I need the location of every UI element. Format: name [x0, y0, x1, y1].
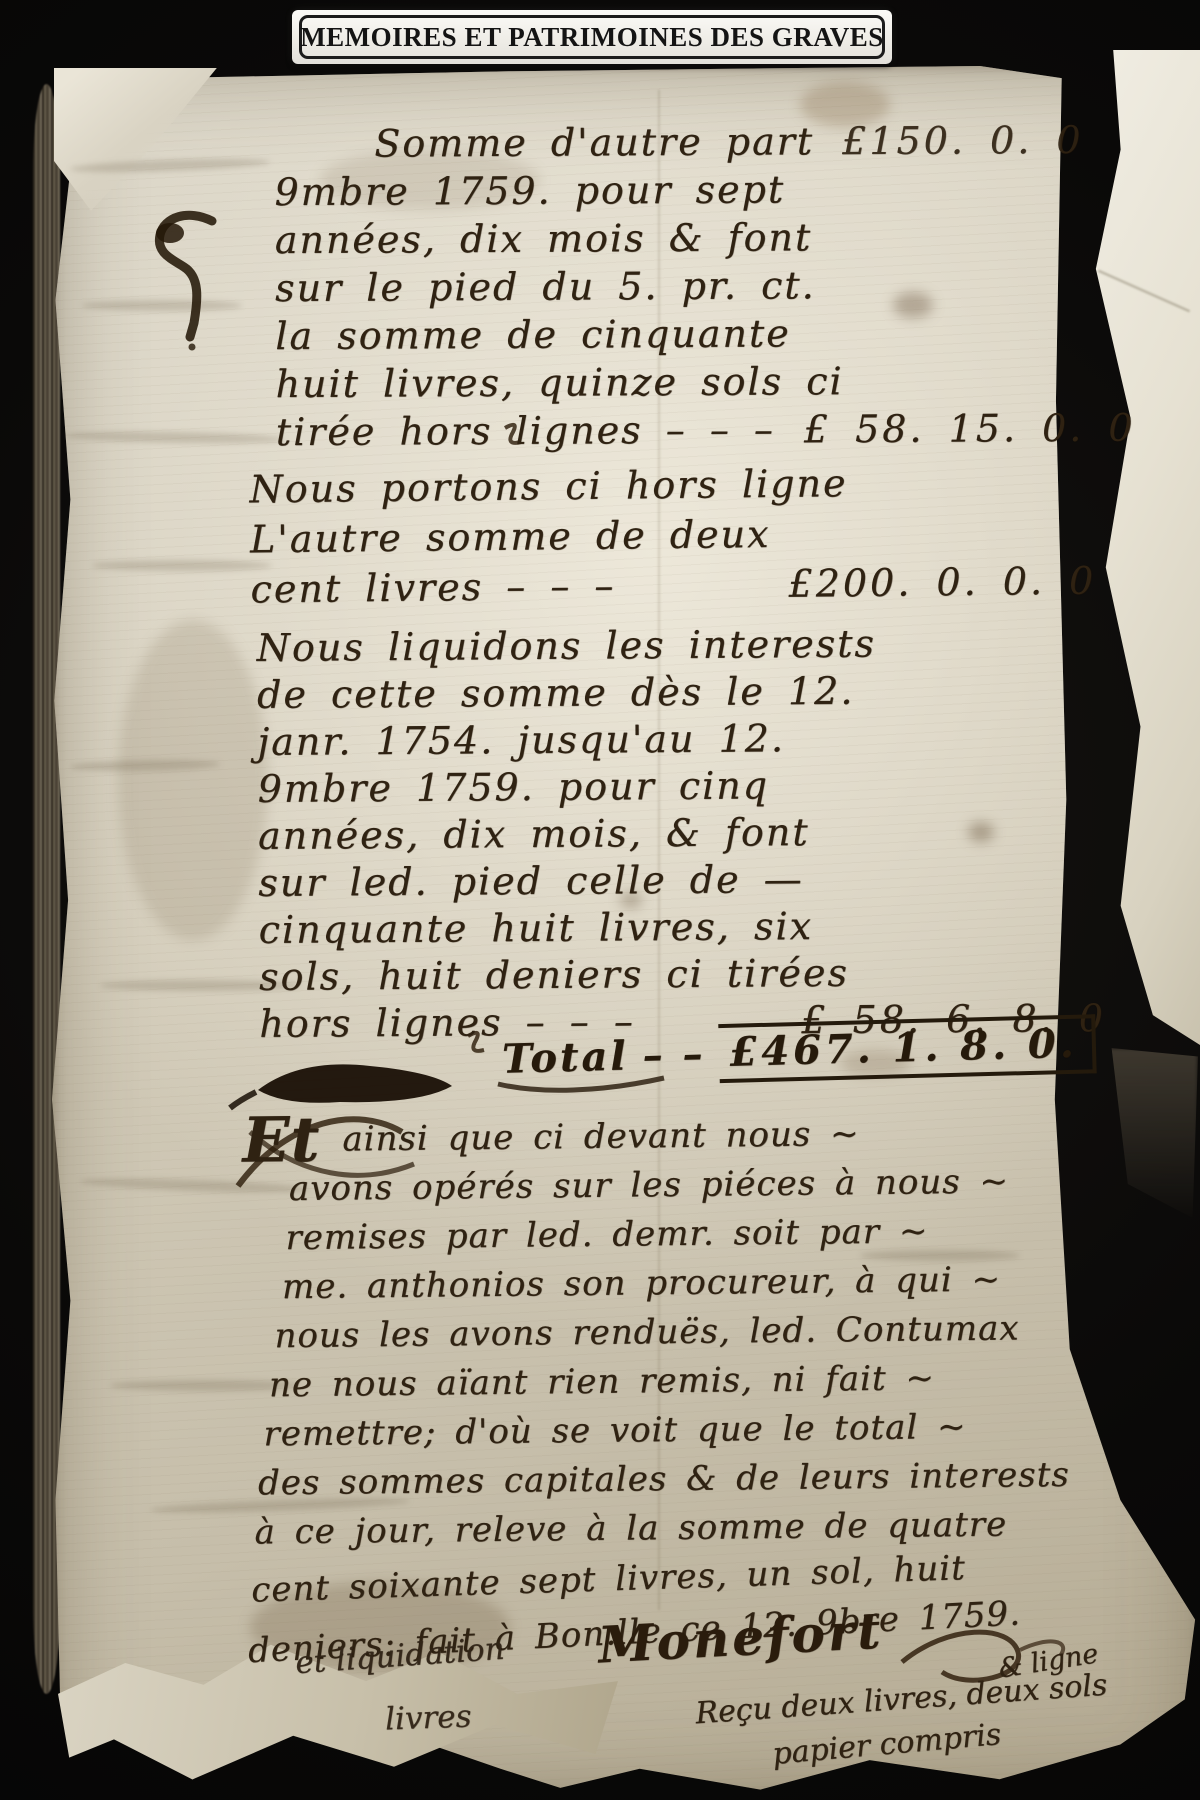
banner-title: MEMOIRES ET PATRIMOINES DES GRAVES	[300, 22, 884, 53]
manuscript-line: des sommes capitales & de leurs interest…	[258, 1450, 1116, 1508]
total-amount: £467. 1. 8. 0.	[719, 1014, 1097, 1083]
manuscript-line: L'autre somme de deux	[250, 506, 1090, 565]
manuscript-line: sur led. pied celle de —	[258, 854, 1098, 907]
amount-value: £150. 0. 0	[842, 118, 1084, 163]
manuscript-line: 9mbre 1759. pour cinq	[258, 760, 1098, 813]
manuscript-text: Somme d'autre part£150. 0. 0 9mbre 1759.…	[0, 0, 1200, 1800]
receipt-line: papier compris	[771, 1717, 1003, 1772]
manuscript-line: remettre; d'où se voit que le total ~	[263, 1401, 1115, 1459]
manuscript-line: cinquante huit livres, six	[259, 901, 1099, 954]
torn-text-fragment: livres	[384, 1699, 472, 1738]
total-label: Total	[501, 1032, 629, 1082]
carry-forward-block: Nous portons ci hors ligne L'autre somme…	[249, 456, 1091, 615]
interests-block: Nous liquidons les interests de cette so…	[257, 619, 1100, 1048]
archive-banner: MEMOIRES ET PATRIMOINES DES GRAVES	[292, 10, 892, 64]
manuscript-line: la somme de cinquante	[275, 308, 1085, 360]
manuscript-line: années, dix mois & font	[275, 212, 1085, 264]
manuscript-line: cent livres – – –£200. 0. 0. 0	[250, 556, 1090, 615]
manuscript-line: 9mbre 1759. pour sept	[274, 164, 1084, 216]
manuscript-line: me. anthonios son procureur, à qui ~	[282, 1254, 1114, 1312]
manuscript-line: nous les avons renduës, led. Contumax	[274, 1303, 1114, 1361]
manuscript-line: Nous liquidons les interests	[257, 619, 1097, 672]
manuscript-line: avons opérés sur les piéces à nous ~	[289, 1156, 1113, 1214]
archive-banner-frame: MEMOIRES ET PATRIMOINES DES GRAVES	[299, 15, 885, 59]
manuscript-line: sols, huit deniers ci tirées	[259, 948, 1099, 1001]
manuscript-line: années, dix mois, & font	[258, 807, 1098, 860]
manuscript-line: de cette somme dès le 12.	[257, 666, 1097, 719]
manuscript-line: tirée hors lignes – – –£ 58. 15. 0. 0	[276, 404, 1086, 456]
total-dashes: – –	[642, 1030, 706, 1079]
manuscript-line: Somme d'autre part£150. 0. 0	[374, 116, 1084, 168]
receipt-line: Reçu deux livres, deux sols	[694, 1668, 1108, 1732]
manuscript-line: sur le pied du 5. pr. ct.	[275, 260, 1085, 312]
manuscript-line: huit livres, quinze sols ci	[275, 356, 1085, 408]
manuscript-line: Nous portons ci hors ligne	[249, 456, 1089, 515]
photographed-manuscript: Somme d'autre part£150. 0. 0 9mbre 1759.…	[0, 0, 1200, 1800]
manuscript-line: janr. 1754. jusqu'au 12.	[257, 713, 1097, 766]
amount-value: £200. 0. 0. 0	[788, 556, 1096, 609]
manuscript-line: ne nous aïant rien remis, ni fait ~	[269, 1352, 1115, 1410]
manuscript-line: remises par led. demr. soit par ~	[285, 1205, 1113, 1263]
opening-sum-block: Somme d'autre part£150. 0. 0 9mbre 1759.…	[274, 116, 1086, 456]
closing-paragraph: Etainsi que ci devant nous ~ avons opéré…	[242, 1107, 1118, 1659]
amount-value: £ 58. 15. 0. 0	[804, 404, 1136, 454]
